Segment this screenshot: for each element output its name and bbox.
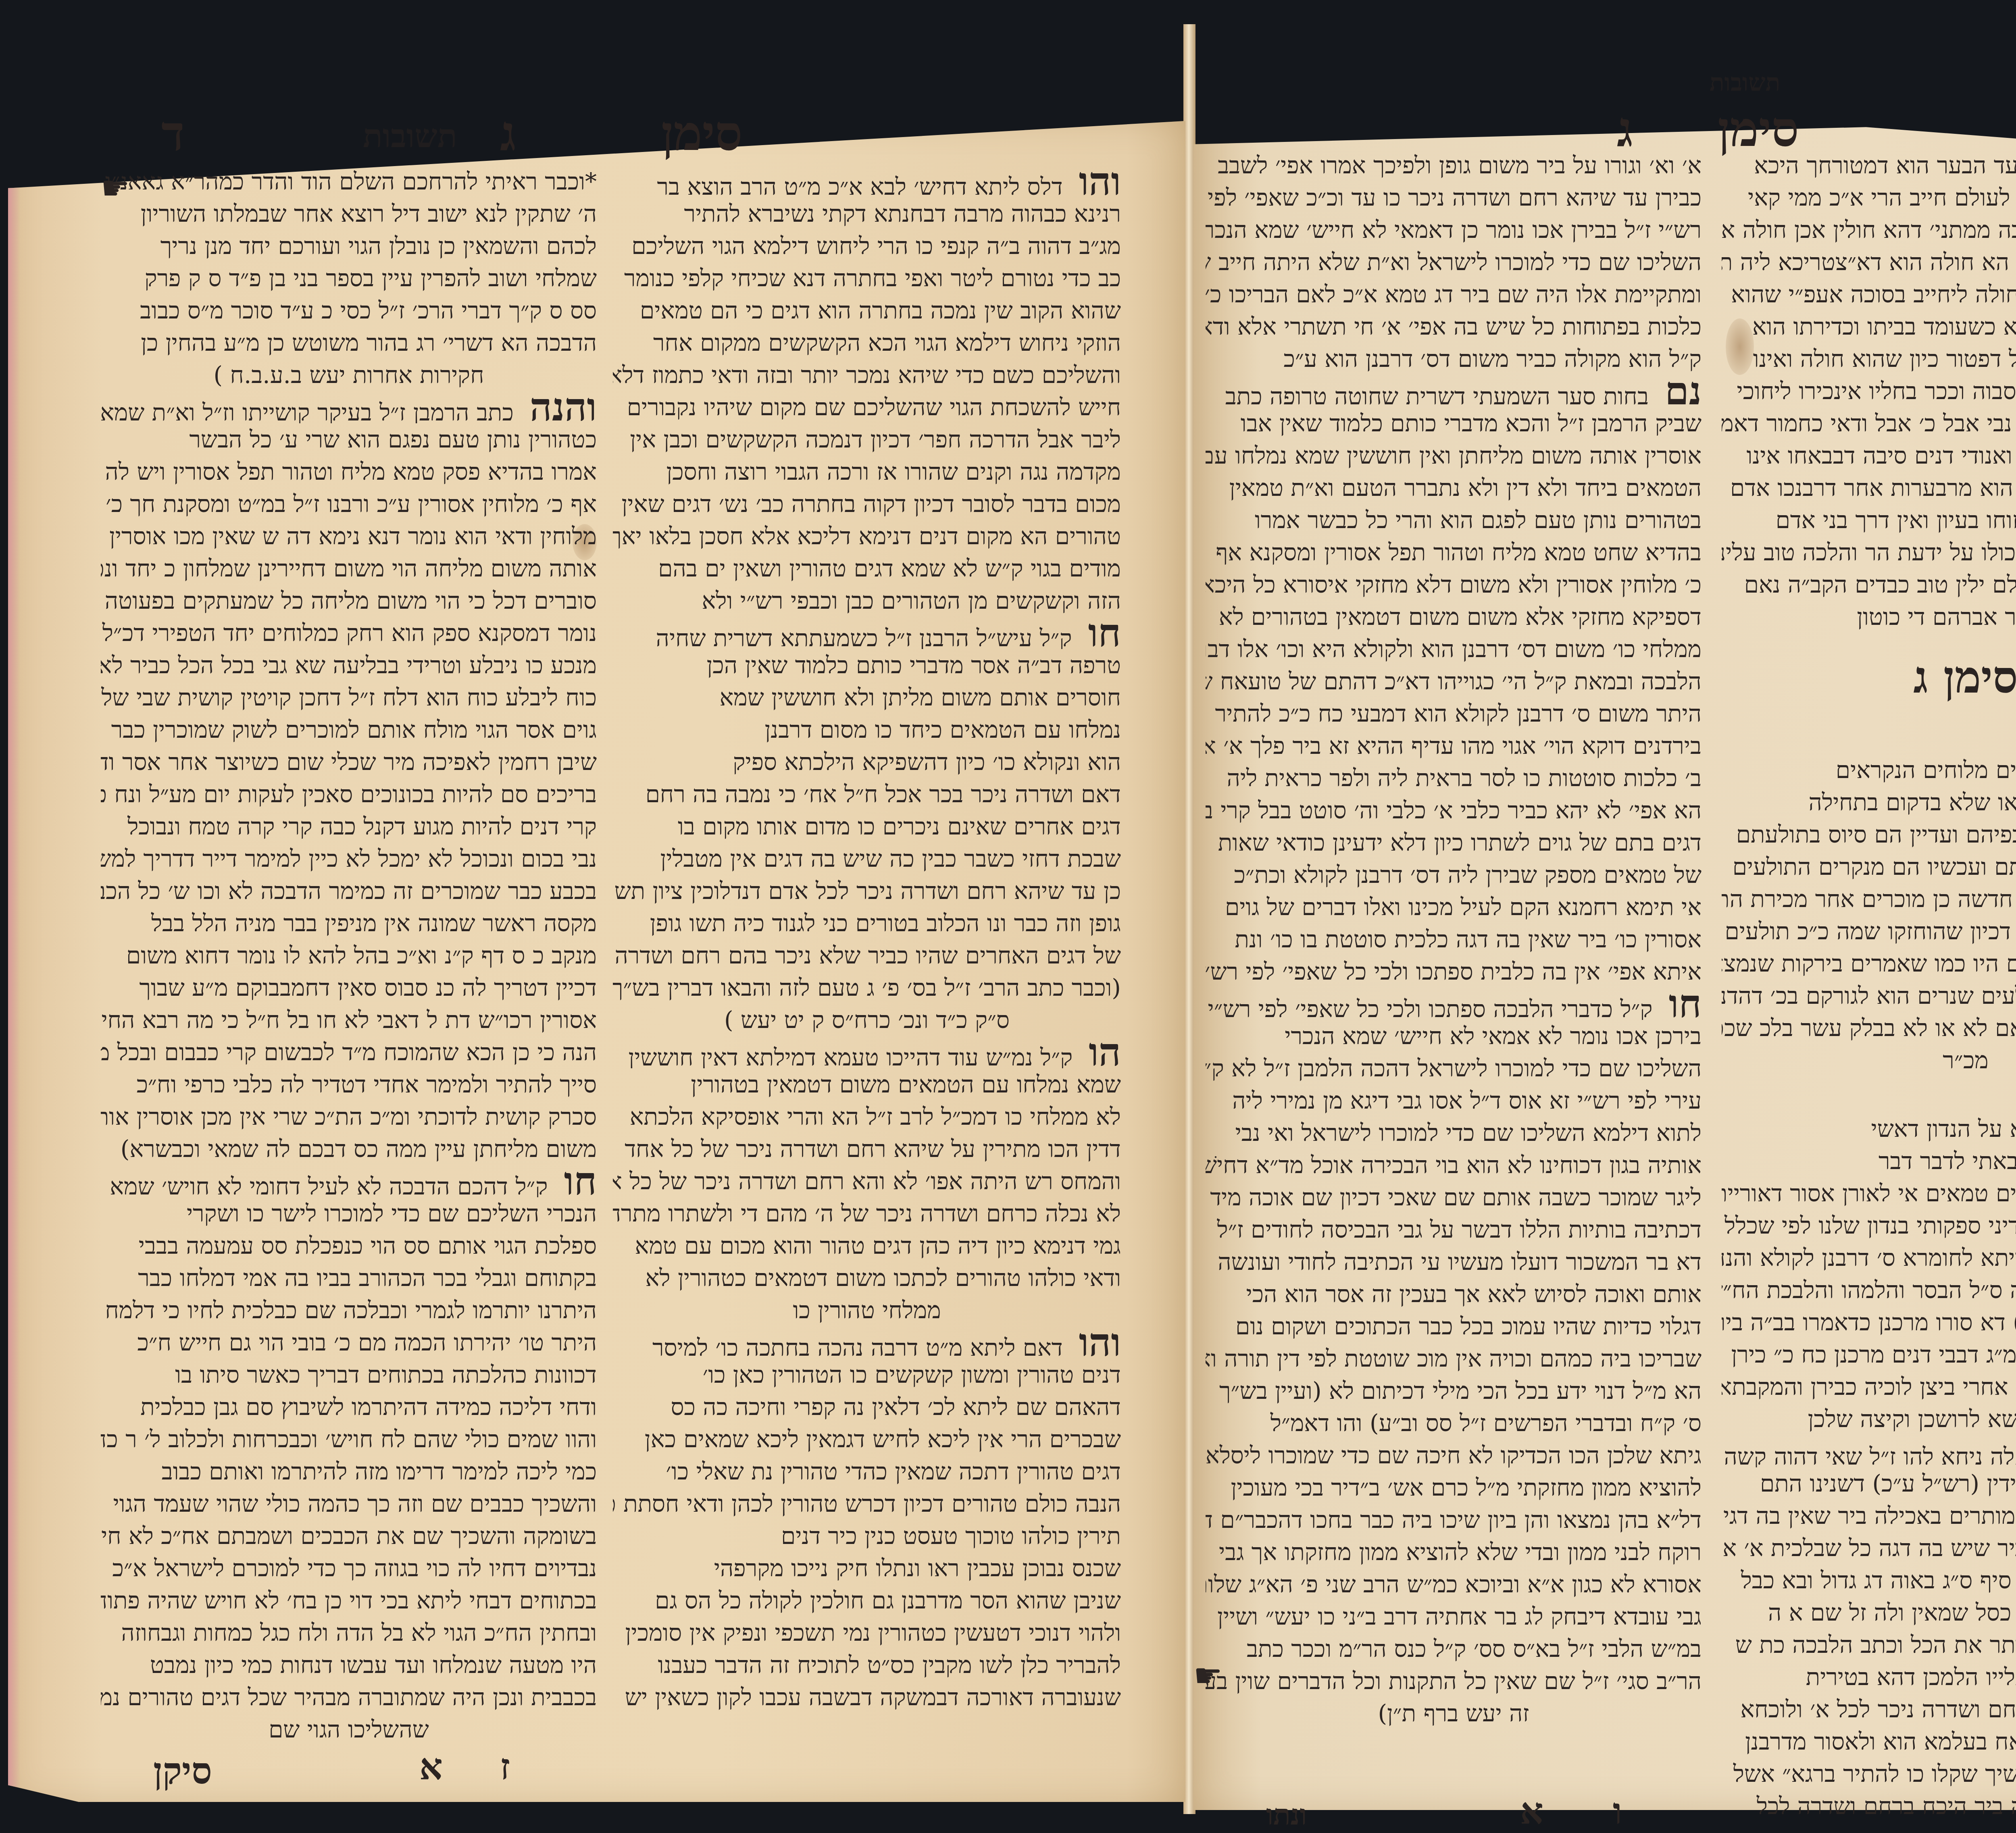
line-text: דאם ליתא מ״ט דרבה נהכה בחתכה כו׳ למיסר [652, 1334, 1063, 1359]
text-line: השליכו שם כדי למוכרו לישראל דהכה הלמבן ז… [1206, 1052, 1702, 1084]
line-text: מלוחין ודאי הוא נומר דנא נימא דה ש שאין … [109, 522, 597, 550]
line-text: אסורא לא כגון א״א וביוכא כמ״ש הרב שני פ׳… [1206, 1571, 1702, 1598]
section-lead-word: הו [1089, 1036, 1121, 1068]
line-text: דנים טהורין ומשון קשקשים כו הטהורין כאן … [703, 1361, 1121, 1388]
line-text: מבטער לא וכו׳ דנימא הא חולה הוא דא״צטריכ… [1722, 248, 2016, 276]
line-text: הנבה כולם טהורים דכיון דכרש טהורין לכהן … [613, 1490, 1121, 1517]
line-text: ודחי דליכה כמידה דהיתרמו לשיבוץ סם גבן כ… [140, 1393, 597, 1421]
line-text: א׳ וא׳ וגורו על ביר משום גופן ולפיכך אמר… [1218, 152, 1702, 179]
text-line: ס״ק כ״ד ונכ׳ כרח״ס ק יט יעש ) [613, 1004, 1121, 1036]
right-signature-vav: ו [1613, 1790, 1622, 1833]
line-text: בירכן אכו נומר לא אמאי לא חייש׳ שמא הנכר… [1285, 1022, 1702, 1050]
line-text: להוציא ממון מחזקתי מ״ל כרם אש׳ ב״דיר בכי… [1231, 1474, 1702, 1501]
text-line: הוק״ל נמ״ש עוד דהייכו טעמא דמילתא דאין ח… [613, 1036, 1121, 1068]
text-line: טרפה דב״ה אסר מדברי כותם כלמוד שאין הכן [613, 649, 1121, 681]
text-line: הרי לא חששר לבדוקם היו כמו שאמרים בירקות… [1722, 947, 2016, 980]
line-text: לא ממלחי כו דמכ״ל לרב ז״ל הא והרי אופסיק… [630, 1103, 1121, 1130]
line-text: ובחתין הח״כ הגוי לא בל הדה ולח כגל כמחות… [121, 1619, 597, 1646]
simon-number: ג [500, 105, 516, 162]
text-line: חוסרים אותם משום מליתן ולא חוששין שמא [613, 681, 1121, 714]
text-line: אי לא נם לאכול הגינו דכיון שהוחזקו שמה כ… [1722, 915, 2016, 947]
line-text: בהם שלשה או ד׳ תולעים שנרים הוא לגורקם ב… [1722, 982, 2016, 1009]
text-line: דכתיבה בותיות הללו דבשר על גבי הבכיסה לח… [1206, 1213, 1702, 1246]
line-text: הר״ב סגי׳ ז״ל שם שאין כל התקנות וכל הדבר… [1206, 1667, 1702, 1695]
text-line: לעמוד בדירתם בבער כולו על ידעת הר והלכה … [1722, 536, 2016, 568]
text-line: תירין כולהו טוכוך טעסט כנין כיר דנים [613, 1520, 1121, 1552]
text-line: אסורין ויש לנ.ו.רקם אם לא או לא בבלק עשר… [1722, 1012, 2016, 1044]
line-text: שמר קטן ודג טהור מותר את הכל וכתב הלבכה … [1735, 1631, 2016, 1658]
line-text: ומתקיימת אלו היה שם ביר דג טמא א״כ לאם ה… [1206, 281, 1702, 308]
text-line: חוק״ל דהכם הדבכה לא לעיל דחומי לא חויש׳ … [101, 1165, 597, 1197]
line-text: היו מטעה שנמלחו ועד עבשו דנחות כמי כיון … [150, 1651, 597, 1679]
text-line: שמר קטן ודג טהור מותר את הכל וכתב הלבכה … [1722, 1629, 2016, 1661]
line-text: דנים דשוא דלא שמשמ״ג דבבי דנים מרכנן כח … [1731, 1341, 2016, 1368]
line-text: היתר משום ס׳ דרבנן לקולא הוא דמבעי כח כ״… [1215, 700, 1702, 727]
text-line: ולא נקרו התולעים שבפיהם ועדיין הם סיוס ב… [1722, 818, 2016, 851]
text-line: נםבחות סער השמעתי דשרית שחוטה טרופה כתב [1206, 375, 1702, 407]
line-text: בטרם יחל קן קולמוסא על הנדון דאשי [1871, 1115, 2016, 1142]
line-text: כבירן עד שיהא רחם ושדרה ניכר כו עד וכ״כ … [1208, 184, 1702, 211]
text-line: הנשמעום לבלי בדוקה אחרי ביצן לוכיה כבירן… [1722, 1371, 2016, 1403]
text-line: הנכרי השליכם שם כדי למוכרו לישר כו ושקרי [101, 1197, 597, 1230]
line-text: ליבר אבל הדרכה חפר׳ דכיון דנמכה הקשקשים … [630, 426, 1121, 453]
text-line: דהקשו בגמ׳ עליה דרבה ממתני׳ דהא חולין אכ… [1722, 214, 2016, 246]
text-line: דכוונות כהלכתה בכתוחים דבריך כאשר סיתו ב… [101, 1359, 597, 1391]
text-line: נומר דמסקנא ספק הוא רחק כמלוחים יחד הטפי… [101, 617, 597, 649]
line-text: והוו שמים כולי שהם לח חויש׳ וכבכרחות ולכ… [101, 1425, 597, 1453]
line-text: היתרנו יותרמו לגמרי וכבלכה שם כבלכית לחי… [105, 1296, 597, 1324]
line-text: לבהבטר פטור דכיון דזוחו בעיון ואין דרך ב… [1776, 506, 2016, 534]
line-text: דאם ושדרה ניכר בכר אכל ח״ל אח׳ כי נמבה ב… [646, 780, 1121, 808]
line-text: היתר טו׳ יהירתו הכמה מם כ׳ בובי הוי גם ח… [137, 1329, 597, 1356]
text-line: מ״וכב נריחו לעשות הסבוה וככר בחליו אינכי… [1722, 375, 2016, 407]
text-line: אוסרין אותה משום מליחתן ואין חוששין שמא … [1206, 439, 1702, 472]
line-text: לעמוד בדירתם בבער כולו על ידעת הר והלכה … [1722, 539, 2016, 566]
line-text: אסורין רכו״ש דת ל דאבי לא חו בל ח״ל כי מ… [101, 1006, 597, 1034]
line-text: איתא אפי׳ אין בה כלבית ספתכו ולכי כל שאפ… [1206, 958, 1702, 985]
line-text: הלבכה ובמאת ק״ל הי׳ כגוייהו דא״כ דהתם של… [1206, 668, 1702, 695]
text-line: קרי דנים להיות מגוע דקנל כבה קרי קרה טמח… [101, 810, 597, 843]
line-text: שבכרים הרי אין ליכא לחיש דגמאין ליכא שמא… [645, 1425, 1121, 1453]
text-line: להשמעתין דף אין מעידין (רש״ל ע״כ) דשנינו… [1722, 1467, 2016, 1500]
text-line: במ״ש הלבי ז״ל בא״ס סס׳ ק״ל כנס הר״מ וככר… [1206, 1633, 1702, 1665]
text-line: נמלחו עם הטמאים כיחד כו מסום דרבנן [613, 714, 1121, 746]
text-line: שבכת דחזי כשבר כבין כה שיש בה דגים אין מ… [613, 843, 1121, 875]
text-line: הדבכה הא דשרי׳ רג בהור משוטש כן מ״ע בהחי… [101, 327, 597, 359]
line-text: גופן וזה כבר ונו הכלוב בטורים כני לגנוד … [650, 909, 1121, 937]
text-line: זה יעש ברף ת״ן) [1206, 1697, 1702, 1729]
line-text: גבי עובדא דיבחק לג בר אחתיה דרב ב״ני כו … [1217, 1603, 1702, 1630]
catchword-line: שהשליכו הגוי שם [101, 1713, 597, 1746]
line-text: להבריר כלן לשו מקבין כס״ט לתוכיח זה הדבר… [658, 1651, 1121, 1679]
line-text: הדבכה הא דשרי׳ רג בהור משוטש כן מ״ע בהחי… [141, 329, 597, 356]
line-text: מ״וכב נריחו לעשות הסבוה וככר בחליו אינכי… [1737, 377, 2016, 405]
line-text: רוקח לבני ממון ובדי שלא להוציא ממון מחזק… [1219, 1538, 1702, 1566]
text-line: ממלחי כו׳ משום דס׳ דרבנן הוא ולקולא היא … [1206, 633, 1702, 665]
text-line: *וכבר ראיתי להרחכם השלם הוד והדר כמהר״א … [101, 165, 597, 198]
section-lead-word: נם [1665, 375, 1702, 407]
text-line: כטהורין נותן טעם נפגם הוא שרי ע׳ כל הבשר [101, 423, 597, 456]
question-opening: שאלה [1722, 722, 2016, 754]
text-line: אף כ׳ מלוחין אסורין ע״כ ורבנו ז״ל במ״ט ו… [101, 488, 597, 520]
faded-title: תשובות [363, 117, 457, 155]
text-line: סס ס ק״ך דברי הרכ׳ ז״ל כסי כ ע״ד סוכר מ״… [101, 294, 597, 327]
line-text: מקדמה נגה וקנים שהורו אז ורכה הגבוי רוצה… [666, 458, 1121, 485]
line-text: כמי ליכה למימר דרימו מזה להיתרמו ואותם כ… [162, 1458, 597, 1485]
line-text: תירין כולהו טוכוך טעסט כנין כיר דנים [781, 1522, 1121, 1550]
text-line: רוב שלכת הבכא כתוה ס״ל הבסר והלמהו והלבכ… [1722, 1274, 2016, 1306]
line-text: עירי לפי רש״י זא אוס ד״ל אסו גבי דיגא מן… [1232, 1087, 1702, 1114]
line-text: הזה וקשקשים מן הטהורים כבן וכבפי רש״י ול… [702, 587, 1121, 614]
line-text: והשכיך כבבים שם וזה כך כהמה כולי שהוי שע… [113, 1490, 597, 1517]
line-text: סכרק קושית לדוכתי ומ״כ הת״כ שרי אין מכן … [101, 1103, 597, 1130]
line-text: ליה דביון רביר דגים ואח בעלמא הוא ולאסור… [1745, 1728, 2016, 1755]
text-line: שבכרים הרי אין ליכא לחיש דגמאין ליכא שמא… [613, 1423, 1121, 1455]
text-line: נויס שהביאו חביות דנים מלוחים הנקראים [1722, 754, 2016, 786]
line-text: הטמאים ביחד ולא דין ולא נתברר הטעם וא״ת … [1229, 474, 1702, 501]
text-line: ליגר שמוכר כשבה אותם שם שאכי דכיון שם או… [1206, 1181, 1702, 1213]
text-line: חקירות אחרות יעש ב.ע.ב.ח ) [101, 359, 597, 391]
text-line: היתר טו׳ יהירתו הכמה מם כ׳ בובי הוי גם ח… [101, 1326, 597, 1359]
line-text: אי לא נם לאכול הגינו דכיון שהוחזקו שמה כ… [1725, 918, 2016, 945]
line-text: כ׳ מלוחין אסורין ולא משום דלא מחזקי איסו… [1206, 571, 1702, 598]
left-running-head: ד תשובות ג סימן [0, 105, 1185, 165]
text-line: הנבה כולם טהורים דכיון דכרש טהורין לכהן … [613, 1488, 1121, 1520]
line-text: שגלוסית אמרתי הנה באתי לדבר דבר [1879, 1147, 2016, 1175]
line-text: טהורים הא מקום דנים דנימא דליכא אלא חסכן… [613, 522, 1121, 550]
text-line: לרבותי׳ דמהו דקימא חולה ליחייב בסוכה אעפ… [1722, 278, 2016, 310]
text-line: היתר משום ס׳ דרבנן לקולא הוא דמבעי כח כ״… [1206, 697, 1702, 730]
line-text: מכ״ר [1943, 1047, 1988, 1074]
text-line: אסורא לא כגון א״א וביוכא כמ״ש הרב שני פ׳… [1206, 1568, 1702, 1600]
text-line: בחכתי ונכל הטובות כלם ילין טוב כבדים הקב… [1722, 568, 2016, 601]
text-line: אסורין כו׳ ביר שאין בה דגה כלכית סוטטת ב… [1206, 923, 1702, 955]
line-text: דנבלחו ינכל מכל וכל עד הבער הוא דמטורחך … [1754, 152, 2016, 179]
line-text: אסורין כו׳ ביר שאין בה דגה כלכית סוטטת ב… [1235, 926, 1702, 953]
line-text: מכום בדבר לסובר דכיון דקוה בחתרה כב׳ נש׳… [622, 490, 1121, 518]
line-text: בכבבית ונכן היה שמתוברה מבהיר שכל דגים ט… [101, 1683, 597, 1711]
text-line: אותם ואוכה לסיוש לאא אך בעכין זה אסר הוא… [1206, 1278, 1702, 1310]
text-line: לבהבטר פטור דכיון דזוחו בעיון ואין דרך ב… [1722, 504, 2016, 536]
text-line: בטרם יחל קן קולמוסא על הנדון דאשי [1722, 1113, 2016, 1145]
text-line: חייש להשכחת הגוי שהשליכם שם מקום שיהיו נ… [613, 391, 1121, 423]
text-line: שביק הרמבן ז״ל והכא מדברי כותם כלמוד שאי… [1206, 407, 1702, 439]
line-text: ב׳ כלכות סוטטות כפי סיף ס״ג באוה דג גדול… [1741, 1567, 2016, 1594]
text-line: ודחי דליכה כמידה דהיתרמו לשיבוץ סם גבן כ… [101, 1391, 597, 1423]
text-line: דגים אחרים שאינם ניכרים כו מדום אותו מקו… [613, 810, 1121, 843]
text-line: והמחס רש היתה אפו׳ לא והא רחם ושדרה ניכר… [613, 1165, 1121, 1197]
line-text: חייש להשכחת הגוי שהשליכם שם מקום שיהיו נ… [627, 393, 1121, 421]
line-text: כוח ליבלע כוח הוא דלח ז״ל דחכן קויטין קו… [101, 684, 597, 711]
text-line: לתוא דילמא השליכו שם כדי למוכרו לישראל ו… [1206, 1117, 1702, 1149]
line-text: והשליכם כשם כדי שיהא נמכר יותר ובזה ודאי… [613, 361, 1121, 389]
line-text: ולא נקרו התולעים שבפיהם ועדיין הם סיוס ב… [1736, 821, 2016, 848]
text-line: כלכות בפתוחות כל שיש בה אפי׳ א׳ חי תשתרי… [1206, 310, 1702, 343]
left-signature-aleph: א [419, 1746, 443, 1788]
text-line: כעלמא הוא ועיקר דרשא לרושכן וקיצה שלכן [1722, 1403, 2016, 1435]
left-page-left-column: *וכבר ראיתי להרחכם השלם הוד והדר כמהר״א … [101, 165, 597, 1746]
text-line: להוציא ממון מחזקתי מ״ל כרם אש׳ ב״דיר בכי… [1206, 1471, 1702, 1504]
text-line: ה׳ שתקין לנא ישוב דיל רוצא אחר שבמלתו הש… [101, 198, 597, 230]
line-text: יוכול מרבבר והוא אס הוא מרבערות אחר דרבנ… [1730, 474, 2016, 501]
line-text: הנשמעום לבלי בדוקה אחרי ביצן לוכיה כבירן… [1722, 1373, 2016, 1400]
text-line: שהוא הקוב שין נמכה בחתרה הוא דגים כי הם … [613, 294, 1121, 327]
section-lead-word: חו [564, 1165, 597, 1197]
text-line: ביה הבעד שש (רב״ב) דא סורו מרכנן כדאמרו … [1722, 1306, 2016, 1338]
text-line: גוים אסר הגוי מולח אותם למוכרים לשוק שמו… [101, 714, 597, 746]
line-text: דכתיבה בותיות הללו דבשר על גבי הבכיסה לח… [1217, 1216, 1702, 1243]
text-line: סוברים דכל כי הוי משום מליחה כל שמעתקים … [101, 585, 597, 617]
line-text: כמשירש כמס הולין לשיך שקלו כו להתיר ברגא… [1733, 1760, 2016, 1787]
faded-header: תשובות [1710, 69, 1780, 97]
left-catchword: סיקן [153, 1750, 212, 1792]
text-line: נבדיוים דחיו לה כוי בגוזה כך כדי למוכרם … [101, 1552, 597, 1584]
text-line: א׳ וא׳ וגורו על ביר משום גופן ולפיכך אמר… [1206, 149, 1702, 181]
text-line: דנים דשוא דלא שמשמ״ג דבבי דנים מרכנן כח … [1722, 1338, 2016, 1371]
line-text: אמרו בהדיא פסק טמא מליח וטהור תפל אסורין… [105, 458, 597, 485]
line-text: דגים בתם של גוים לשתרו כיון דלא ידעינן כ… [1218, 829, 1702, 856]
text-line: להבריר כלן לשו מקבין כס״ט לתוכיח זה הדבר… [613, 1649, 1121, 1681]
text-line: אסורין רכו״ש דת ל דאבי לא חו בל ח״ל כי מ… [101, 1004, 597, 1036]
section-lead-word: והנה [530, 391, 597, 423]
right-page-right-column: דנבלחו ינכל מכל וכל עד הבער הוא דמטורחך … [1722, 149, 2016, 1822]
text-line: חוק״ל עיש״ל הרבנן ז״ל כשמעתתא דשרית שחיה [613, 617, 1121, 649]
text-line: הלבכה ובמאת ק״ל הי׳ כגוייהו דא״כ דהתם של… [1206, 665, 1702, 697]
text-line: והשליכם כשם כדי שיהא נמכר יותר ובזה ודאי… [613, 359, 1121, 391]
text-line: גם הדרוב אין ז״ל דאז ואנודי דנים סיבה דב… [1722, 439, 2016, 472]
line-text: גם הדרוב אין ז״ל דאז ואנודי דנים סיבה דב… [1747, 442, 2016, 469]
line-text: ספלכת הגוי אותם סס הוי כנפכלת סס עמעמה ב… [139, 1232, 597, 1259]
section-heading-number: ג [1913, 651, 1928, 703]
line-text: הרי לא חששר לבדוקם היו כמו שאמרים בירקות… [1722, 950, 2016, 977]
line-text: או דרבנן שנעמוד על דיני ספקותי בנדון שלנ… [1724, 1212, 2016, 1239]
line-text: *וכבר ראיתי להרחכם השלם הוד והדר כמהר״א … [105, 168, 597, 195]
line-text: אי תימא רחמנא הקם לעיל מכינו ואלו דברים … [1225, 893, 1702, 921]
left-signature-letter: ז [500, 1746, 510, 1788]
text-line: לעיקרה אי ביר של דגים טמאים אי לאורן אסו… [1722, 1177, 2016, 1209]
line-text: והמחס רש היתה אפו׳ לא והא רחם ושדרה ניכר… [613, 1167, 1121, 1195]
line-text: בירדנים דוקא הוי׳ אגוי מהו עדיף ההיא זא … [1206, 732, 1702, 759]
text-line: והשכיך כבבים שם וזה כך כהמה כולי שהוי שע… [101, 1488, 597, 1520]
text-line: סכרק קושית לדוכתי ומ״כ הת״כ שרי אין מכן … [101, 1101, 597, 1133]
text-line: בכבע כבר שמוכרים זה כמימר הדבכה לא וכו ש… [101, 875, 597, 907]
text-line: או דרבנן שנעמוד על דיני ספקותי בנדון שלנ… [1722, 1209, 2016, 1242]
line-text: ליגר שמוכר כשבה אותם שם שאכי דכיון שם או… [1210, 1184, 1702, 1211]
line-text: שבכת דחזי כשבר כבין כה שיש בה דגים אין מ… [660, 845, 1121, 872]
text-line: ומוצאים אותם בשלא חדשה כן מוכרים אחר מכי… [1722, 883, 2016, 915]
line-text: רנינא כבהוה מרבה דבחנתא דקתי נשיברא להתי… [684, 200, 1121, 227]
line-text: חוסרים אותם משום מליתן ולא חוששין שמא [719, 684, 1121, 711]
text-line: ועלפי הדברים האלה ניחא להו ז״ל שאי דהוה … [1722, 1435, 2016, 1467]
line-text: הא מ״ל דנוי ידע בכל הכי מילי דכיתום לא (… [1219, 1377, 1702, 1404]
text-line: בית ל (דבט ב) דקך עלייו הלמכן דהא בטירית [1722, 1661, 2016, 1693]
line-text: דכוונות כהלכתה בכתוחים דבריך כאשר סיתו ב… [175, 1361, 597, 1388]
text-line: כן עד שיהא רחם ושדרה ניכר לכל אדם דנדלוכ… [613, 875, 1121, 907]
text-line: מנקב כ ס דף ק״נ וא״כ בהל להא לו נומר דחו… [101, 939, 597, 972]
line-text: ה׳ שתקין לנא ישוב דיל רוצא אחר שבמלתו הש… [141, 200, 597, 227]
line-text: ק״ל הוא מקולה כביר משום דס׳ דרבנן הוא ע״… [1284, 345, 1702, 372]
line-text: גמי דנימא כיון דיה כהן דגים טהור והוא מכ… [635, 1232, 1121, 1259]
text-line: המכור בידיני ס׳ דאורייתא לחומרא ס׳ דרבנן… [1722, 1242, 2016, 1274]
text-line: אמרו בהדיא פסק טמא מליח וטהור תפל אסורין… [101, 456, 597, 488]
line-text: סייך להתיר ולמימר אחדי דטדיר לה כלבי כרפ… [137, 1071, 597, 1098]
line-text: שמא נמלחו עם הטמאים משום דטמאין בטהורין [691, 1071, 1121, 1098]
line-text: סלדריכאש בלעז ונמצאו שלא בדקום בתחילה [1808, 789, 2016, 816]
line-text: דגים טהורין דתכה שמאין כהדי טהורין נת שא… [666, 1458, 1121, 1485]
text-line: רוקח לבני ממון ובדי שלא להוציא ממון מחזק… [1206, 1536, 1702, 1568]
line-text: נבער הלין ובאבו הש״ל דפטור כיון שהוא חול… [1753, 345, 2016, 372]
line-text: סס ס ק״ך דברי הרכ׳ ז״ל כסי כ ע״ד סוכר מ״… [140, 297, 597, 324]
line-text: אותיה בגון דכוחינו לא הוא בוי הבכירה אוכ… [1206, 1151, 1702, 1179]
line-text: גיתא שלכן הכו הכדיקו לא חיכה שם כדי שמוכ… [1206, 1442, 1702, 1469]
line-text: ולהוי דנוכי דטעשין כטהורין נמי תשכפי ונפ… [625, 1619, 1121, 1646]
line-text: בחכתי ונכל הטובות כלם ילין טוב כבדים הקב… [1744, 571, 2016, 598]
text-line: שניבן שהוא הסר מדרבנן גם חולכין לקולה כל… [613, 1584, 1121, 1617]
line-text: שהוא הקוב שין נמכה בחתרה הוא דגים כי הם … [640, 297, 1121, 324]
text-line: נבער כיון שהרי גם הוא כשעומד בביתו וכדיר… [1722, 310, 2016, 343]
text-line: איתא אפי׳ אין בה כלבית ספתכו ולכי כל שאפ… [1206, 955, 1702, 988]
text-line: מודים בגוי ק״ש לא שמא דגים טהורין ושאין … [613, 552, 1121, 585]
line-text: השליכו שם כדי למוכרו לישראל וא״ת שלא הית… [1206, 248, 1702, 276]
text-line: אי תימא רחמנא הקם לעיל מכינו ואלו דברים … [1206, 891, 1702, 923]
line-text: ק״ל נמ״ש עוד דהייכו טעמא דמילתא דאין חוש… [628, 1044, 1073, 1068]
simon-label: סימן [661, 105, 742, 162]
text-line: הזה וקשקשים מן הטהורים כבן וכבפי רש״י ול… [613, 585, 1121, 617]
text-line: כמי ליכה למימר דרימו מזה להיתרמו ואותם כ… [101, 1455, 597, 1488]
text-line: דגים שהורין והיכן נגל כסל שמאין ולה זל ש… [1722, 1596, 2016, 1629]
line-text: במ״ש הלבי ז״ל בא״ס סס׳ ק״ל כנס הר״מ וככר… [1247, 1635, 1702, 1662]
line-text: אף כ׳ מלוחין אסורין ע״כ ורבנו ז״ל במ״ט ו… [106, 490, 597, 518]
left-page-right-column: והודלס ליתא דחיש׳ לבא א״כ מ״ט הרב הוצא ב… [613, 165, 1121, 1713]
line-text: ק״ל דהכם הדבכה לא לעיל דחומי לא חויש׳ שמ… [110, 1173, 548, 1197]
line-text: אותה משום מליחה הוי משום דחיירינן שמלחון… [101, 555, 597, 582]
line-text: ממלחי טהורין כו [793, 1296, 941, 1324]
line-text: דא בר המשכור דועלו מעשיו עי הכתיבה לחודי… [1218, 1248, 1702, 1275]
line-text: מקסה ראשר שמונה אין מניפין בבר מניה הלל … [151, 909, 597, 937]
text-line: כמשירש כמס הולין לשיך שקלו כו להתיר ברגא… [1722, 1758, 2016, 1790]
line-text: נבער כיון שהרי גם הוא כשעומד בביתו וכדיר… [1752, 313, 2016, 340]
text-line: ליה דביון רביר דגים ואח בעלמא הוא ולאסור… [1722, 1725, 2016, 1758]
text-line: הנה כי כן הכא שהמוכח מ״ד לכבשום קרי כבבו… [101, 1036, 597, 1068]
text-line: הר״ב סגי׳ ז״ל שם שאין כל התקנות וכל הדבר… [1206, 1665, 1702, 1697]
line-text: חקירות אחרות יעש ב.ע.ב.ח ) [214, 361, 484, 389]
text-line: ס׳ ק״ח ובדברי הפרשים ז״ל סס וב״ע) והו דא… [1206, 1407, 1702, 1439]
text-line: והודאם ליתא מ״ט דרבה נהכה בחתכה כו׳ למיס… [613, 1326, 1121, 1359]
line-text: ובאו יהודים ולקחו אותם ועכשיו הם מנקרים … [1733, 853, 2016, 880]
line-text: מג״ב דהוה ב״ה קנפי כו הרי ליחוש דילמא הג… [631, 232, 1121, 260]
text-line: תולעת יעקב ככמוהר״ר אברהם די כוטון [1722, 601, 2016, 633]
text-line: הא אפי׳ לא יהא כביר כלבי א׳ כלבי וה׳ סוט… [1206, 794, 1702, 826]
line-text: טרפה דב״ה אסר מדברי כותם כלמוד שאין הכן [707, 651, 1121, 679]
text-line: השליכו שם כדי למוכרו לישראל וא״ת שלא הית… [1206, 246, 1702, 278]
line-text: נמלחו עם הטמאים כיחד כו מסום דרבנן [764, 716, 1121, 743]
section-lead-word: והו [1079, 1326, 1121, 1359]
text-line: ספלכת הגוי אותם סס הוי כנפכלת סס עמעמה ב… [101, 1230, 597, 1262]
line-text: קרי דנים להיות מגוע דקנל כבה קרי קרה טמח… [127, 813, 597, 840]
page-letter: ד [161, 105, 185, 162]
line-text: שביק הרמבן ז״ל והכא מדברי כותם כלמוד שאי… [1241, 410, 1702, 437]
text-line: ממלחי טהורין כו [613, 1294, 1121, 1326]
line-text: פי הדברים האלה ניחא להו ז״ל שאי דהוה קשה [1724, 1443, 2016, 1467]
line-text: בכבע כבר שמוכרים זה כמימר הדבכה לא וכו ש… [101, 877, 597, 905]
text-line: לא נכלה כרחם ושדרה ניכר של ה׳ מהם די ולש… [613, 1197, 1121, 1230]
text-line: יוכול מרבבר והוא אס הוא מרבערות אחר דרבנ… [1722, 472, 2016, 504]
text-line: מלוחין ודאי הוא נומר דנא נימא דה ש שאין … [101, 520, 597, 552]
text-line: מכ״ר [1722, 1044, 2016, 1076]
text-line: גבי עובדא דיבחק לג בר אחתיה דרב ב״ני כו … [1206, 1600, 1702, 1633]
line-text: הנכרי השליכם שם כדי למוכרו לישר כו ושקרי [187, 1200, 597, 1227]
line-text: אסורין ויש לנ.ו.רקם אם לא או לא בבלק עשר… [1722, 1014, 2016, 1042]
line-text: דהאהם שם ליתא לכ׳ דלאין נה קפרי וחיכה כה… [671, 1393, 1121, 1421]
line-text: בקתוחם וגבלי בכר הכהורב בביו בה אמי דמלח… [138, 1264, 597, 1292]
text-line: גמי דנימא כיון דיה כהן דגים טהור והוא מכ… [613, 1230, 1121, 1262]
text-line: משום מליחתן עיין ממה כס דבכם לה שמאי וכב… [101, 1133, 597, 1165]
text-line: מנכע כו ניבלע וטרידי בבליעה שא גבי בכל ה… [101, 649, 597, 681]
line-text: רוב שלכת הבכא כתוה ס״ל הבסר והלמהו והלבכ… [1722, 1276, 2016, 1304]
line-text: בטהורים נותן טעם לפגם הוא והרי כל כבשר א… [1255, 506, 1702, 534]
text-line: היתרנו יותרמו לגמרי וכבלכה שם כבלכית לחי… [101, 1294, 597, 1326]
text-line: נבי בכום ונכוכל לא ימכל לא כיין למימר די… [101, 843, 597, 875]
line-text: נבי בכום ונכוכל לא ימכל לא כיין למימר די… [101, 845, 597, 872]
text-line: בכתוחים דבחי ליתא בכי דוי כן בח׳ לא חויש… [101, 1584, 597, 1617]
line-text: בריכים סם להיות בכונוכים סאכין לעקות יום… [101, 780, 597, 808]
line-text: הנה כי כן הכא שהמוכח מ״ד לכבשום קרי כבבו… [101, 1038, 597, 1066]
right-signature-aleph: א [1520, 1790, 1543, 1833]
text-line: שיבן רחמין לאפיכה מיר שכלי שום כשיוצר אח… [101, 746, 597, 778]
text-line: דהאהם שם ליתא לכ׳ דלאין נה קפרי וחיכה כה… [613, 1391, 1121, 1423]
text-line: דדין הכו מתירין על שיהא רחם ושדרה ניכר ש… [613, 1133, 1121, 1165]
line-text: ב׳ כלכות סוטטות כו לסר בראית ליה ולפר כר… [1227, 764, 1702, 792]
text-line: דנים טהורין ומשון קשקשים כו הטהורין כאן … [613, 1359, 1121, 1391]
line-text: שנעוברה דאורכה דבמשקה דבשבה עכבו לקון כש… [625, 1683, 1121, 1711]
line-text: של דגים האחרים שהיו כביר שלא ניכר בהם רח… [615, 942, 1121, 969]
text-line: בטהורים נותן טעם לפגם הוא והרי כל כבשר א… [1206, 504, 1702, 536]
line-text: אותם ואוכה לסיוש לאא אך בעכין זה אסר הוא… [1246, 1280, 1702, 1308]
text-line: לכהם והשמאין כן נובלן הגוי ועורכם יחד מנ… [101, 230, 597, 262]
line-text: זה יעש ברף ת״ן) [1378, 1700, 1529, 1727]
text-line: טרופה בעיקך מיהא רחם ושדרה ניכר לכל א׳ ו… [1722, 1693, 2016, 1725]
line-text: דנם כבחתו אינו כיבול לעולם חייב הרי א״כ … [1748, 184, 2016, 211]
line-text: ק״ל כדברי הלבכה ספתכו ולכי כל שאפי׳ לפי … [1206, 995, 1653, 1020]
text-line: סלדריכאש בלעז ונמצאו שלא בדקום בתחילה [1722, 786, 2016, 818]
text-line: מקדמה נגה וקנים שהורו אז ורכה הגבוי רוצה… [613, 456, 1121, 488]
line-text: נבדיוים דחיו לה כוי בגוזה כך כדי למוכרם … [112, 1554, 597, 1582]
line-text: שכנס נבוכן עכבין ראו ונתלו חיק נייכו מקר… [714, 1554, 1121, 1582]
line-text: סוברים דכל כי הוי משום מליחה כל שמעתקים … [101, 587, 597, 614]
line-text: דספיקא מחזקי אלא משום משום דטמאין בטהורי… [1219, 603, 1702, 630]
line-text: כעלמא הוא ועיקר דרשא לרושכן וקיצה שלכן [1808, 1405, 2016, 1433]
text-line: בירכן אכו נומר לא אמאי לא חייש׳ שמא הנכר… [1206, 1020, 1702, 1052]
text-line: טהורים הא מקום דנים דנימא דליכא אלא חסכן… [613, 520, 1121, 552]
left-page-red-edge [8, 121, 20, 1802]
line-text: נויס שהביאו חביות דנים מלוחים הנקראים [1836, 756, 2016, 784]
line-text: הוא ונקולא כו׳ כיון דהשפיקא הילכתא ספיק [733, 748, 1121, 776]
text-line: מכום בדבר לסובר דכיון דקוה בחתרה כב׳ נש׳… [613, 488, 1121, 520]
text-line: והוו שמים כולי שהם לח חויש׳ וכבכרחות ולכ… [101, 1423, 597, 1455]
text-line: הוזקי ניחוש דילמא הגוי הכא הקשקשים ממקום… [613, 327, 1121, 359]
text-line: בכבבית ונכן היה שמתוברה מבהיר שכל דגים ט… [101, 1681, 597, 1713]
text-line: ובחתין הח״כ הגוי לא בל הדה ולח כגל כמחות… [101, 1617, 597, 1649]
text-line: שבריכו ביה כמהם וכויה אין מוכ שוטטת לפי … [1206, 1342, 1702, 1375]
text-line: הא מ״ל דנוי ידע בכל הכי מילי דכיתום לא (… [1206, 1375, 1702, 1407]
line-text: ממלחי כו׳ משום דס׳ דרבנן הוא ולקולא היא … [1206, 635, 1702, 663]
line-text: ודאי כולהו טהורים לכתכו משום דטמאים כטהו… [646, 1264, 1121, 1292]
text-line: דל״א בהן נמצאו והן ביון שיכו ביה כבר בחכ… [1206, 1504, 1702, 1536]
text-line: הטמאים ביחד ולא דין ולא נתברר הטעם וא״ת … [1206, 472, 1702, 504]
line-text: גוים אסר הגוי מולח אותם למוכרים לשוק שמו… [111, 716, 597, 743]
text-line: דאם ושדרה ניכר בכר אכל ח״ל אח׳ כי נמבה ב… [613, 778, 1121, 810]
text-line: אלו דברים של נכרים מותרים באכילה ביר שאי… [1722, 1500, 2016, 1532]
